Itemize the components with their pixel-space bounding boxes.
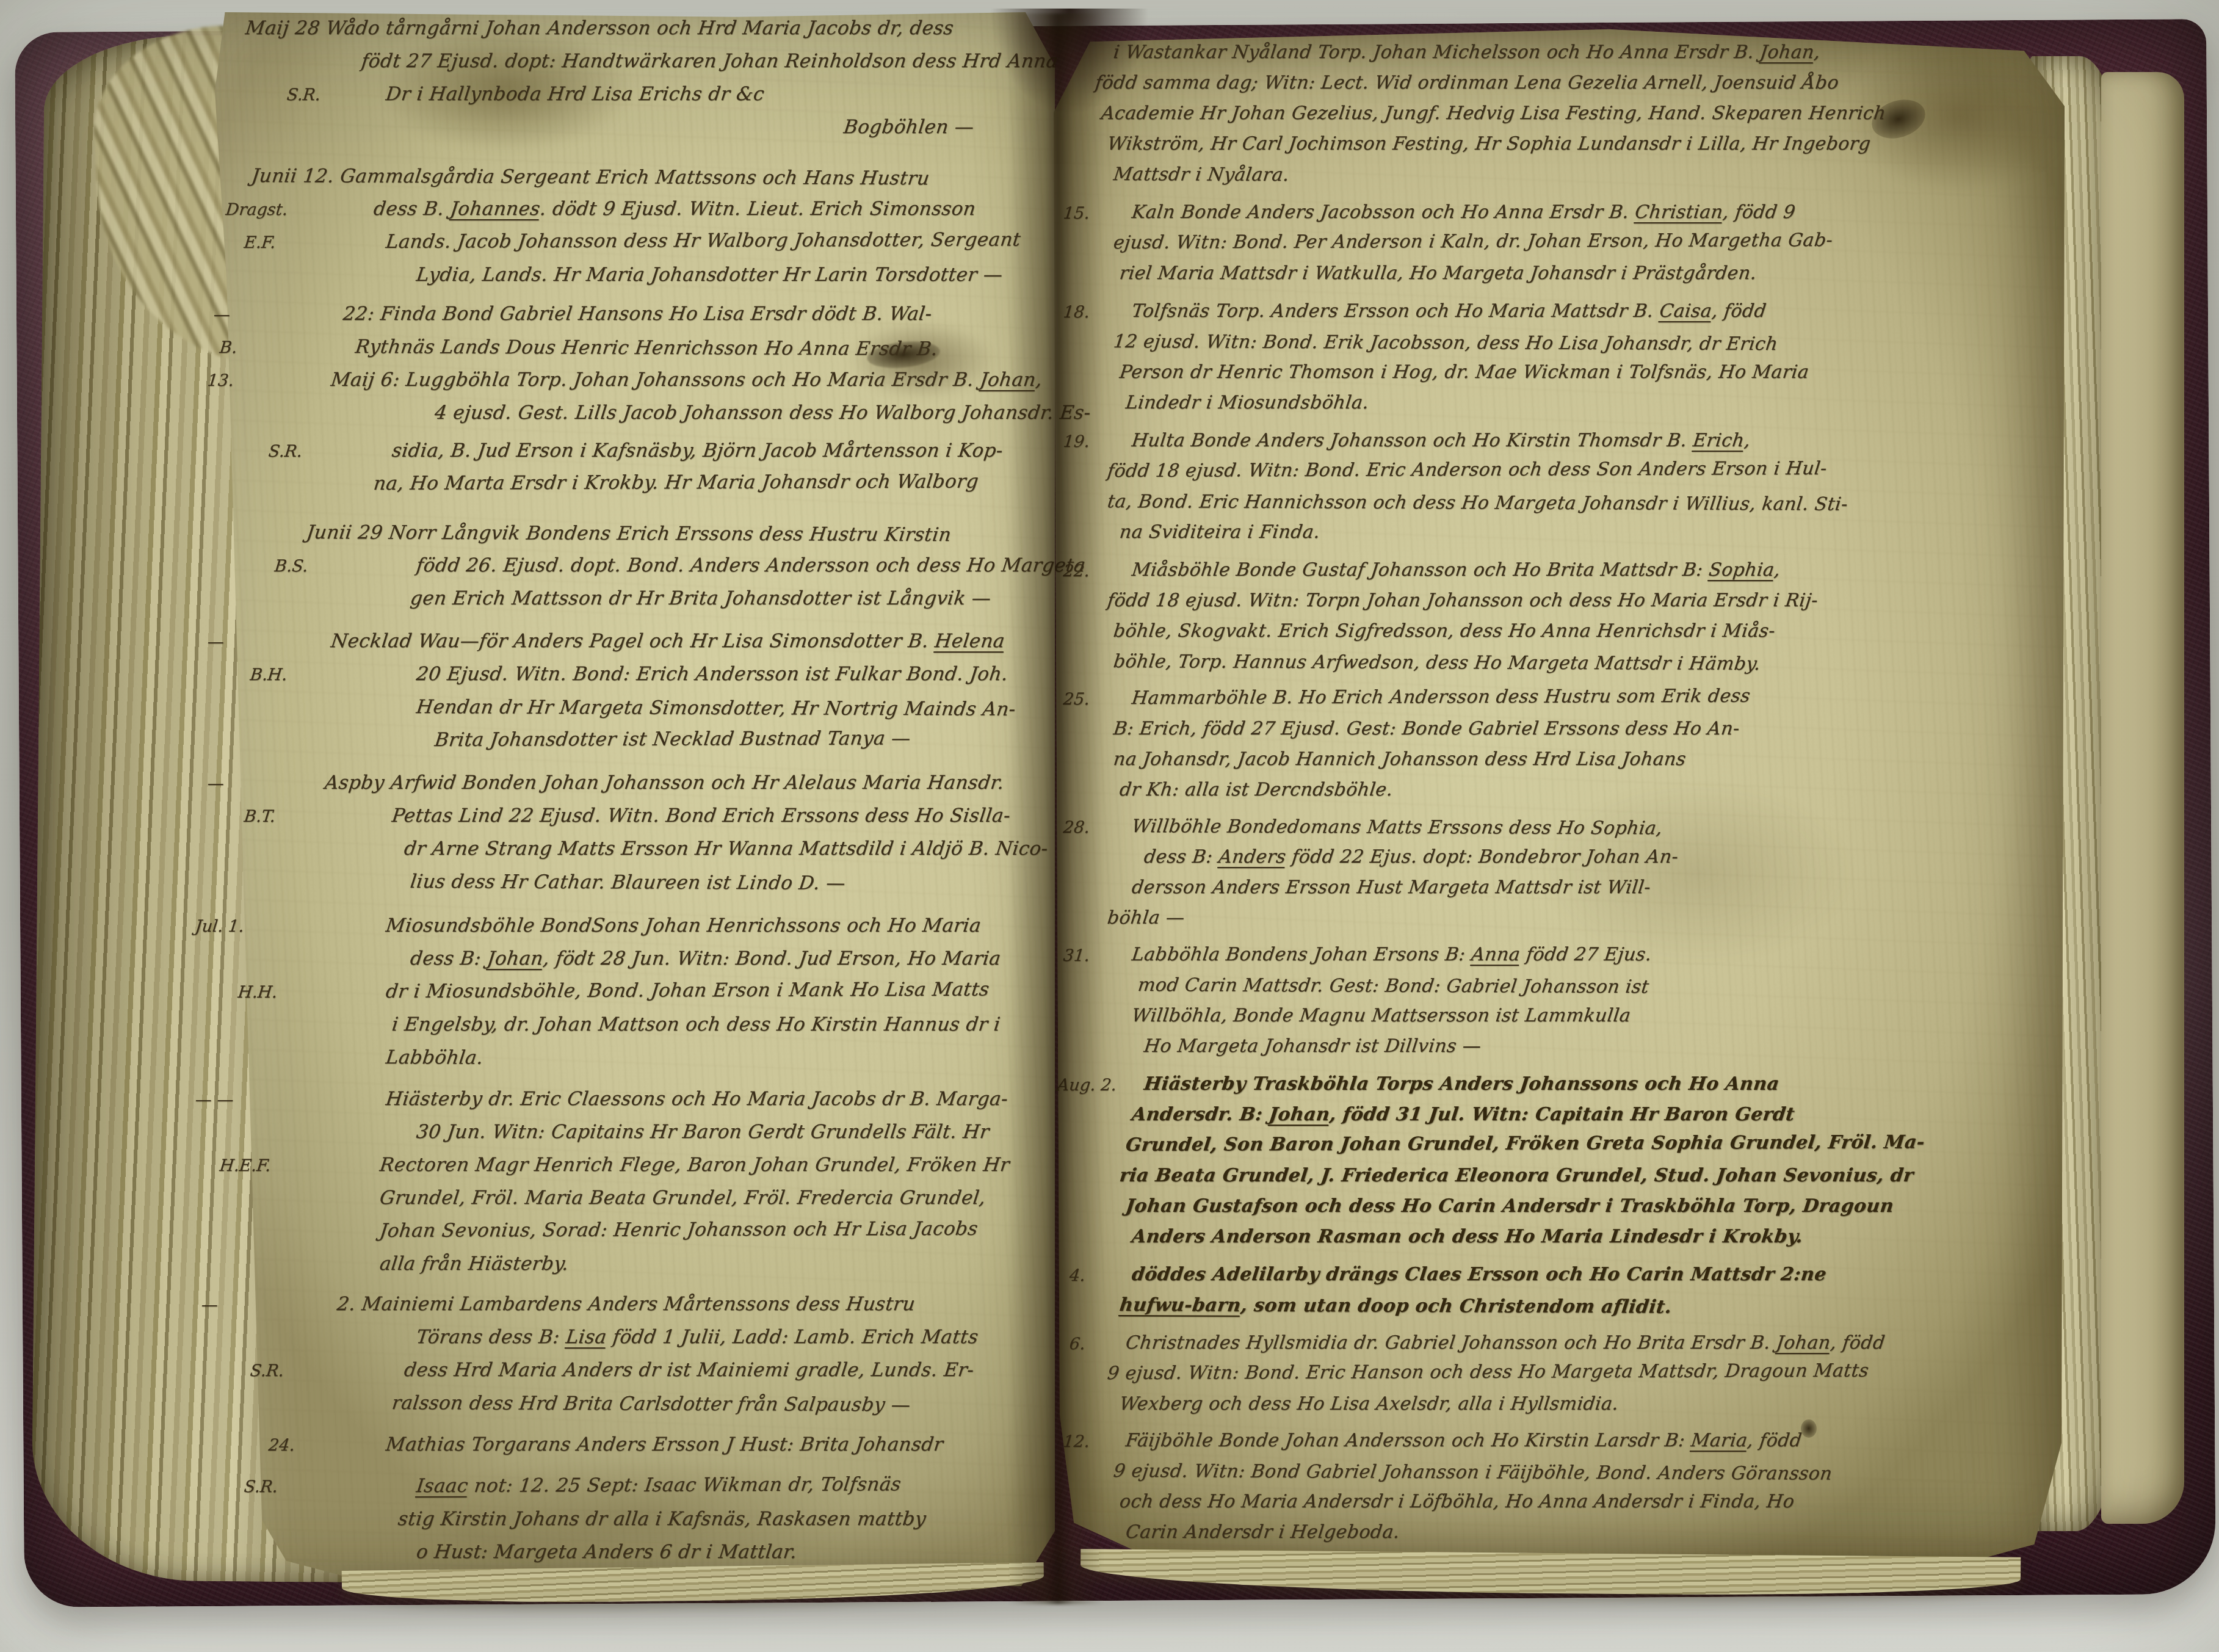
manuscript-line: B.H.20 Ejusd. Witn. Bond: Erich Andersso…	[232, 663, 1050, 696]
manuscript-line: 9 ejusd. Witn: Bond. Eric Hanson och des…	[1094, 1363, 2089, 1393]
manuscript-line: Grundel, Fröl. Maria Beata Grundel, Fröl…	[232, 1187, 1050, 1220]
manuscript-line: Labböhla.	[232, 1046, 1050, 1079]
handwritten-text: böhla —	[1106, 907, 1186, 929]
manuscript-line: Johan Sevonius, Sorad: Henric Johansson …	[232, 1220, 1050, 1253]
manuscript-line: Hendan dr Hr Margeta Simonsdotter, Hr No…	[232, 696, 1050, 729]
manuscript-line: 4.döddes Adelilarby drängs Claes Ersson …	[1094, 1264, 2089, 1294]
margin-annotation: 12.	[1062, 1432, 1090, 1451]
manuscript-line: —2. Mainiemi Lambardens Anders Mårtensso…	[232, 1293, 1050, 1326]
margin-annotation: 19.	[1062, 432, 1090, 451]
handwritten-text: Wexberg och dess Ho Lisa Axelsdr, alla i…	[1118, 1393, 1620, 1415]
handwritten-text: Hulta Bonde Anders Johansson och Ho Kirs…	[1131, 430, 1751, 451]
handwritten-text: o Hust: Margeta Anders 6 dr i Mattlar.	[415, 1541, 798, 1563]
handwritten-text: Academie Hr Johan Gezelius, Jungf. Hedvi…	[1100, 103, 1887, 124]
handwritten-text: Andersdr. B: Johan, född 31 Jul. Witn: C…	[1131, 1104, 1796, 1125]
manuscript-line: o Hust: Margeta Anders 6 dr i Mattlar.	[232, 1541, 1050, 1574]
handwritten-text: i Engelsby, dr. Johan Mattson och dess H…	[391, 1013, 1002, 1035]
margin-annotation: 22.	[1062, 562, 1090, 581]
handwritten-text: Ho Margeta Johansdr ist Dillvins —	[1143, 1035, 1482, 1057]
handwritten-text: dess B: Anders född 22 Ejus. dopt: Bonde…	[1143, 846, 1679, 868]
handwritten-text: böhle, Torp. Hannus Arfwedson, dess Ho M…	[1112, 651, 1762, 675]
manuscript-line: född 18 ejusd. Witn: Torpn Johan Johanss…	[1094, 590, 2089, 620]
handwritten-text: dr Kh: alla ist Dercndsböhle.	[1118, 779, 1394, 800]
handwritten-text: stig Kirstin Johans dr alla i Kafsnäs, R…	[397, 1508, 927, 1530]
handwritten-text: alla från Hiästerby.	[378, 1253, 570, 1275]
manuscript-line: Bogböhlen —	[232, 116, 1050, 149]
manuscript-line: böhla —	[1094, 907, 2089, 938]
margin-annotation: B.	[219, 338, 238, 357]
handwritten-text: ejusd. Witn: Bond. Per Anderson i Kaln, …	[1112, 230, 1834, 253]
margin-annotation: E.F.	[243, 233, 277, 252]
manuscript-line: 24.Mathias Torgarans Anders Ersson J Hus…	[232, 1433, 1050, 1466]
margin-annotation: —	[206, 632, 225, 651]
manuscript-line: riel Maria Mattsdr i Watkulla, Ho Marget…	[1094, 263, 2089, 293]
margin-annotation: H.H.	[237, 983, 278, 1002]
manuscript-line: Wexberg och dess Ho Lisa Axelsdr, alla i…	[1094, 1393, 2089, 1424]
manuscript-line: Jul. 1.Miosundsböhle BondSons Johan Henr…	[232, 915, 1050, 947]
manuscript-line: mod Carin Mattsdr. Gest: Bond: Gabriel J…	[1094, 974, 2089, 1005]
manuscript-line: B.T.Pettas Lind 22 Ejusd. Witn. Bond Eri…	[232, 805, 1050, 838]
handwritten-text: Christnades Hyllsmidia dr. Gabriel Johan…	[1124, 1332, 1886, 1353]
manuscript-line: 30 Jun. Witn: Capitains Hr Baron Gerdt G…	[232, 1121, 1050, 1154]
handwritten-text: född 26. Ejusd. dopt. Bond. Anders Ander…	[415, 554, 1087, 576]
manuscript-line: Willböhla, Bonde Magnu Mattsersson ist L…	[1094, 1005, 2089, 1035]
handwritten-text: Mathias Torgarans Anders Ersson J Hust: …	[385, 1433, 944, 1455]
handwritten-text: 22: Finda Bond Gabriel Hansons Ho Lisa E…	[342, 303, 933, 325]
margin-annotation: B.T.	[243, 807, 276, 826]
handwritten-text: Willböhle Bondedomans Matts Erssons dess…	[1131, 816, 1663, 839]
manuscript-line: Lydia, Lands. Hr Maria Johansdotter Hr L…	[232, 264, 1050, 297]
manuscript-line: 31.Labböhla Bondens Johan Ersons B: Anna…	[1094, 944, 2089, 974]
manuscript-line: gen Erich Mattsson dr Hr Brita Johansdot…	[232, 587, 1050, 620]
manuscript-line: na Johansdr, Jacob Hannich Johansson des…	[1094, 748, 2089, 779]
manuscript-line: dr Arne Strang Matts Ersson Hr Wanna Mat…	[232, 838, 1050, 871]
handwritten-text: dess Hrd Maria Anders dr ist Mainiemi gr…	[403, 1359, 976, 1381]
handwritten-text: Wikström, Hr Carl Jochimson Festing, Hr …	[1106, 133, 1872, 154]
manuscript-line: ta, Bond. Eric Hannichsson och dess Ho M…	[1094, 491, 2089, 521]
manuscript-line: H.E.F.Rectoren Magr Henrich Flege, Baron…	[232, 1154, 1050, 1187]
manuscript-line: dess B: Anders född 22 Ejus. dopt: Bonde…	[1094, 846, 2089, 877]
margin-annotation: B.H.	[249, 665, 288, 684]
manuscript-line: 6.Christnades Hyllsmidia dr. Gabriel Joh…	[1094, 1332, 2089, 1363]
handwritten-text: i Wastankar Nyåland Torp. Johan Michelss…	[1112, 42, 1822, 63]
margin-annotation: 24.	[267, 1436, 295, 1455]
handwritten-text: sidia, B. Jud Erson i Kafsnäsby, Björn J…	[391, 440, 1004, 462]
handwritten-text: Mattsdr i Nyålara.	[1112, 164, 1290, 186]
handwritten-text: Rectoren Magr Henrich Flege, Baron Johan…	[378, 1154, 1011, 1176]
handwritten-text: Hammarböhle B. Ho Erich Andersson dess H…	[1131, 685, 1751, 709]
manuscript-line: Mattsdr i Nyålara.	[1094, 164, 2089, 194]
handwritten-text: Fäijböhle Bonde Johan Andersson och Ho K…	[1124, 1430, 1803, 1451]
handwritten-text: Hendan dr Hr Margeta Simonsdotter, Hr No…	[415, 696, 1017, 720]
manuscript-line: B.S.född 26. Ejusd. dopt. Bond. Anders A…	[232, 554, 1050, 587]
margin-annotation: S.R.	[243, 1477, 278, 1496]
handwritten-text: riel Maria Mattsdr i Watkulla, Ho Marget…	[1118, 263, 1758, 284]
handwritten-text: Rythnäs Lands Dous Henric Henrichsson Ho…	[354, 336, 939, 360]
manuscript-line: böhle, Skogvakt. Erich Sigfredsson, dess…	[1094, 620, 2089, 651]
handwritten-text: Maij 28 Wådo tårngårni Johan Andersson o…	[244, 17, 955, 39]
handwritten-text: och dess Ho Maria Andersdr i Löfböhla, H…	[1118, 1491, 1795, 1512]
handwritten-text: Anders Anderson Rasman och dess Ho Maria…	[1131, 1226, 1804, 1247]
manuscript-line: Aug. 2.Hiästerby Traskböhla Torps Anders…	[1094, 1073, 2089, 1104]
handwritten-text: Willböhla, Bonde Magnu Mattsersson ist L…	[1131, 1005, 1632, 1026]
margin-annotation: —	[212, 305, 231, 324]
manuscript-line: na, Ho Marta Ersdr i Krokby. Hr Maria Jo…	[232, 473, 1050, 505]
manuscript-line: 22.Miåsböhle Bonde Gustaf Johansson och …	[1094, 559, 2089, 590]
manuscript-line: Dragst.dess B. Johannes. dödt 9 Ejusd. W…	[232, 198, 1050, 231]
handwritten-text: Pettas Lind 22 Ejusd. Witn. Bond Erich E…	[391, 805, 1012, 827]
handwritten-text: Törans dess B: Lisa född 1 Julii, Ladd: …	[415, 1326, 980, 1348]
handwritten-text: böhle, Skogvakt. Erich Sigfredsson, dess…	[1112, 620, 1776, 642]
manuscript-line: S.R.Isaac not: 12. 25 Sept: Isaac Wikman…	[232, 1475, 1050, 1508]
manuscript-line: ralsson dess Hrd Brita Carlsdotter från …	[232, 1392, 1050, 1425]
endpaper-right	[2101, 72, 2184, 1524]
handwritten-text: dess B. Johannes. dödt 9 Ejusd. Witn. Li…	[372, 198, 977, 220]
handwritten-text: döddes Adelilarby drängs Claes Ersson oc…	[1131, 1264, 1828, 1285]
margin-annotation: 13.	[206, 371, 234, 390]
handwritten-text: Brita Johansdotter ist Necklad Bustnad T…	[433, 727, 912, 751]
handwritten-text: Johan Sevonius, Sorad: Henric Johansson …	[378, 1218, 979, 1242]
manuscript-line: —Aspby Arfwid Bonden Johan Johansson och…	[232, 772, 1050, 805]
handwritten-text: B: Erich, född 27 Ejusd. Gest: Bonde Gab…	[1112, 718, 1741, 739]
handwritten-text: 30 Jun. Witn: Capitains Hr Baron Gerdt G…	[415, 1121, 991, 1143]
handwritten-text: Necklad Wau—för Anders Pagel och Hr Lisa…	[330, 630, 1006, 652]
margin-annotation: 31.	[1062, 946, 1090, 965]
handwritten-text: ralsson dess Hrd Brita Carlsdotter från …	[391, 1392, 912, 1416]
handwritten-text: Tolfsnäs Torp. Anders Ersson och Ho Mari…	[1131, 300, 1768, 322]
right-page-text: i Wastankar Nyåland Torp. Johan Michelss…	[1094, 42, 2089, 1568]
handwritten-text: Hiästerby dr. Eric Claessons och Ho Mari…	[385, 1088, 1009, 1110]
manuscript-line: i Engelsby, dr. Johan Mattson och dess H…	[232, 1013, 1050, 1046]
manuscript-line: 9 ejusd. Witn: Bond Gabriel Johansson i …	[1094, 1460, 2089, 1491]
handwritten-text: ta, Bond. Eric Hannichsson och dess Ho M…	[1106, 491, 1849, 515]
manuscript-line: Brita Johansdotter ist Necklad Bustnad T…	[232, 729, 1050, 762]
manuscript-line: Maij 28 Wådo tårngårni Johan Andersson o…	[232, 17, 1050, 50]
manuscript-line: 12 ejusd. Witn: Bond. Erik Jacobsson, de…	[1094, 331, 2089, 361]
manuscript-line: dersson Anders Ersson Hust Margeta Matts…	[1094, 877, 2089, 907]
manuscript-line: stig Kirstin Johans dr alla i Kafsnäs, R…	[232, 1508, 1050, 1541]
handwritten-text: Miåsböhle Bonde Gustaf Johansson och Ho …	[1131, 559, 1781, 581]
handwritten-text: Kaln Bonde Anders Jacobsson och Ho Anna …	[1131, 201, 1797, 223]
margin-annotation: S.R.	[249, 1361, 284, 1380]
handwritten-text: Lydia, Lands. Hr Maria Johansdotter Hr L…	[415, 264, 1004, 286]
margin-annotation: S.R.	[267, 442, 303, 461]
handwritten-text: Maij 6: Luggböhla Torp. Johan Johanssons…	[330, 369, 1043, 391]
handwritten-text: lius dess Hr Cathar. Blaureen ist Lindo …	[409, 871, 847, 894]
margin-annotation: Dragst.	[225, 200, 288, 219]
handwritten-text: na Johansdr, Jacob Hannich Johansson des…	[1112, 748, 1687, 770]
manuscript-line: Anders Anderson Rasman och dess Ho Maria…	[1094, 1226, 2089, 1256]
manuscript-line: ria Beata Grundel, J. Friederica Eleonor…	[1094, 1165, 2089, 1195]
handwritten-text: Grundel, Fröl. Maria Beata Grundel, Fröl…	[378, 1187, 987, 1209]
manuscript-line: född samma dag; Witn: Lect. Wid ordinman…	[1094, 72, 2089, 103]
handwritten-text: Carin Andersdr i Helgeboda.	[1124, 1521, 1401, 1543]
manuscript-line: 25.Hammarböhle B. Ho Erich Andersson des…	[1094, 687, 2089, 718]
manuscript-line: i Wastankar Nyåland Torp. Johan Michelss…	[1094, 42, 2089, 72]
margin-annotation: 28.	[1062, 818, 1090, 837]
handwritten-text: född 18 ejusd. Witn: Torpn Johan Johanss…	[1106, 590, 1819, 611]
manuscript-line: alla från Hiästerby.	[232, 1253, 1050, 1286]
handwritten-text: mod Carin Mattsdr. Gest: Bond: Gabriel J…	[1137, 974, 1650, 998]
handwritten-text: dr i Miosundsböhle, Bond. Johan Erson i …	[385, 979, 991, 1002]
handwritten-text: Labböhla.	[385, 1046, 485, 1069]
handwritten-text: ria Beata Grundel, J. Friederica Eleonor…	[1118, 1165, 1915, 1186]
handwritten-text: 2. Mainiemi Lambardens Anders Mårtensson…	[336, 1293, 916, 1315]
manuscript-line: Törans dess B: Lisa född 1 Julii, Ladd: …	[232, 1326, 1050, 1359]
handwritten-text: gen Erich Mattsson dr Hr Brita Johansdot…	[409, 587, 993, 609]
manuscript-line: och dess Ho Maria Andersdr i Löfböhla, H…	[1094, 1491, 2089, 1521]
handwritten-text: Hiästerby Traskböhla Torps Anders Johans…	[1143, 1073, 1781, 1095]
manuscript-line: Junii 12. Gammalsgårdia Sergeant Erich M…	[232, 165, 1050, 198]
handwritten-text: dr Arne Strang Matts Ersson Hr Wanna Mat…	[403, 838, 1049, 860]
handwritten-text: na, Ho Marta Ersdr i Krokby. Hr Maria Jo…	[372, 471, 980, 495]
handwritten-text: dersson Anders Ersson Hust Margeta Matts…	[1131, 877, 1652, 898]
manuscript-line: ejusd. Witn: Bond. Per Anderson i Kaln, …	[1094, 232, 2089, 263]
margin-annotation: —	[200, 1295, 219, 1314]
manuscript-line: B.Rythnäs Lands Dous Henric Henrichsson …	[232, 336, 1050, 369]
handwritten-text: Isaac not: 12. 25 Sept: Isaac Wikman dr,…	[415, 1473, 902, 1497]
manuscript-line: Johan Gustafson och dess Ho Carin Anders…	[1094, 1195, 2089, 1226]
handwritten-text: födt 27 Ejusd. dopt: Handtwärkaren Johan…	[360, 50, 1059, 72]
handwritten-text: Aspby Arfwid Bonden Johan Johansson och …	[324, 772, 1005, 794]
handwritten-text: Dr i Hallynboda Hrd Lisa Erichs dr &c	[385, 83, 766, 105]
handwritten-text: Bogböhlen —	[842, 116, 976, 138]
margin-annotation: Aug. 2.	[1056, 1076, 1117, 1095]
manuscript-line: Junii 29 Norr Långvik Bondens Erich Erss…	[232, 521, 1050, 554]
manuscript-line: lius dess Hr Cathar. Blaureen ist Lindo …	[232, 871, 1050, 904]
margin-annotation: S.R.	[286, 85, 321, 104]
handwritten-text: Person dr Henric Thomson i Hog, dr. Mae …	[1118, 361, 1810, 383]
manuscript-line: 4 ejusd. Gest. Lills Jacob Johansson des…	[232, 402, 1050, 435]
manuscript-line: 12.Fäijböhle Bonde Johan Andersson och H…	[1094, 1430, 2089, 1460]
manuscript-line: 18.Tolfsnäs Torp. Anders Ersson och Ho M…	[1094, 300, 2089, 331]
margin-annotation: 6.	[1068, 1335, 1086, 1353]
manuscript-line: Lindedr i Miosundsböhla.	[1094, 392, 2089, 422]
manuscript-line: dr Kh: alla ist Dercndsböhle.	[1094, 779, 2089, 810]
manuscript-line: Academie Hr Johan Gezelius, Jungf. Hedvi…	[1094, 103, 2089, 133]
manuscript-line: Grundel, Son Baron Johan Grundel, Fröken…	[1094, 1134, 2089, 1165]
handwritten-text: Labböhla Bondens Johan Ersons B: Anna fö…	[1131, 944, 1653, 965]
margin-annotation: 18.	[1062, 303, 1090, 322]
handwritten-text: Lands. Jacob Johansson dess Hr Walborg J…	[385, 228, 1022, 253]
manuscript-line: 28.Willböhle Bondedomans Matts Erssons d…	[1094, 816, 2089, 846]
handwritten-text: född 18 ejusd. Witn: Bond. Eric Anderson…	[1106, 458, 1828, 482]
manuscript-line: hufwu-barn, som utan doop och Christendo…	[1094, 1294, 2089, 1325]
manuscript-line: S.R.Dr i Hallynboda Hrd Lisa Erichs dr &…	[232, 83, 1050, 116]
manuscript-line: böhle, Torp. Hannus Arfwedson, dess Ho M…	[1094, 651, 2089, 681]
manuscript-line: Andersdr. B: Johan, född 31 Jul. Witn: C…	[1094, 1104, 2089, 1134]
manuscript-line: H.H.dr i Miosundsböhle, Bond. Johan Erso…	[232, 980, 1050, 1013]
manuscript-line: född 18 ejusd. Witn: Bond. Eric Anderson…	[1094, 460, 2089, 491]
handwritten-text: dess B: Johan, födt 28 Jun. Witn: Bond. …	[409, 947, 1002, 969]
manuscript-line: 13.Maij 6: Luggböhla Torp. Johan Johanss…	[232, 369, 1050, 402]
margin-annotation: —	[206, 774, 225, 793]
manuscript-line: Carin Andersdr i Helgeboda.	[1094, 1521, 2089, 1552]
manuscript-line: B: Erich, född 27 Ejusd. Gest: Bonde Gab…	[1094, 718, 2089, 748]
manuscript-line: 19.Hulta Bonde Anders Johansson och Ho K…	[1094, 430, 2089, 460]
manuscript-line: S.R.dess Hrd Maria Anders dr ist Mainiem…	[232, 1359, 1050, 1392]
manuscript-line: födt 27 Ejusd. dopt: Handtwärkaren Johan…	[232, 50, 1050, 83]
handwritten-text: Junii 29 Norr Långvik Bondens Erich Erss…	[305, 521, 952, 546]
margin-annotation: 25.	[1062, 690, 1090, 709]
manuscript-line: Ho Margeta Johansdr ist Dillvins —	[1094, 1035, 2089, 1066]
left-page-text: Maij 28 Wådo tårngårni Johan Andersson o…	[232, 17, 1050, 1581]
margin-annotation: H.E.F.	[219, 1156, 272, 1175]
manuscript-line: E.F.Lands. Jacob Johansson dess Hr Walbo…	[232, 231, 1050, 264]
manuscript-line: Person dr Henric Thomson i Hog, dr. Mae …	[1094, 361, 2089, 392]
handwritten-text: 20 Ejusd. Witn. Bond: Erich Andersson is…	[415, 663, 1009, 685]
handwritten-text: 4 ejusd. Gest. Lills Jacob Johansson des…	[433, 402, 1092, 424]
manuscript-photo: Maij 28 Wådo tårngårni Johan Andersson o…	[0, 0, 2219, 1652]
manuscript-line: —Necklad Wau—för Anders Pagel och Hr Lis…	[232, 630, 1050, 663]
handwritten-text: hufwu-barn, som utan doop och Christendo…	[1118, 1294, 1673, 1317]
manuscript-line: S.R.sidia, B. Jud Erson i Kafsnäsby, Bjö…	[232, 440, 1050, 473]
margin-annotation: — —	[194, 1090, 234, 1109]
handwritten-text: 12 ejusd. Witn: Bond. Erik Jacobsson, de…	[1112, 331, 1779, 355]
handwritten-text: Miosundsböhle BondSons Johan Henrichsson…	[385, 915, 982, 936]
handwritten-text: född samma dag; Witn: Lect. Wid ordinman…	[1094, 72, 1840, 93]
handwritten-text: Junii 12. Gammalsgårdia Sergeant Erich M…	[250, 165, 931, 189]
margin-annotation: B.S.	[273, 557, 309, 576]
handwritten-text: 9 ejusd. Witn: Bond. Eric Hanson och des…	[1106, 1360, 1870, 1384]
handwritten-text: 9 ejusd. Witn: Bond Gabriel Johansson i …	[1112, 1460, 1833, 1485]
handwritten-text: Johan Gustafson och dess Ho Carin Anders…	[1124, 1195, 1895, 1217]
manuscript-line: —22: Finda Bond Gabriel Hansons Ho Lisa …	[232, 303, 1050, 336]
handwritten-text: na Sviditeira i Finda.	[1118, 521, 1321, 543]
margin-annotation: Jul. 1.	[194, 917, 245, 936]
margin-annotation: 15.	[1062, 204, 1090, 223]
manuscript-line: dess B: Johan, födt 28 Jun. Witn: Bond. …	[232, 947, 1050, 980]
margin-annotation: 4.	[1068, 1266, 1086, 1285]
handwritten-text: Grundel, Son Baron Johan Grundel, Fröken…	[1124, 1131, 1926, 1156]
manuscript-line: Wikström, Hr Carl Jochimson Festing, Hr …	[1094, 133, 2089, 164]
handwritten-text: Lindedr i Miosundsböhla.	[1124, 392, 1370, 413]
manuscript-line: — —Hiästerby dr. Eric Claessons och Ho M…	[232, 1088, 1050, 1121]
manuscript-line: na Sviditeira i Finda.	[1094, 521, 2089, 552]
manuscript-line: 15.Kaln Bonde Anders Jacobsson och Ho An…	[1094, 201, 2089, 232]
